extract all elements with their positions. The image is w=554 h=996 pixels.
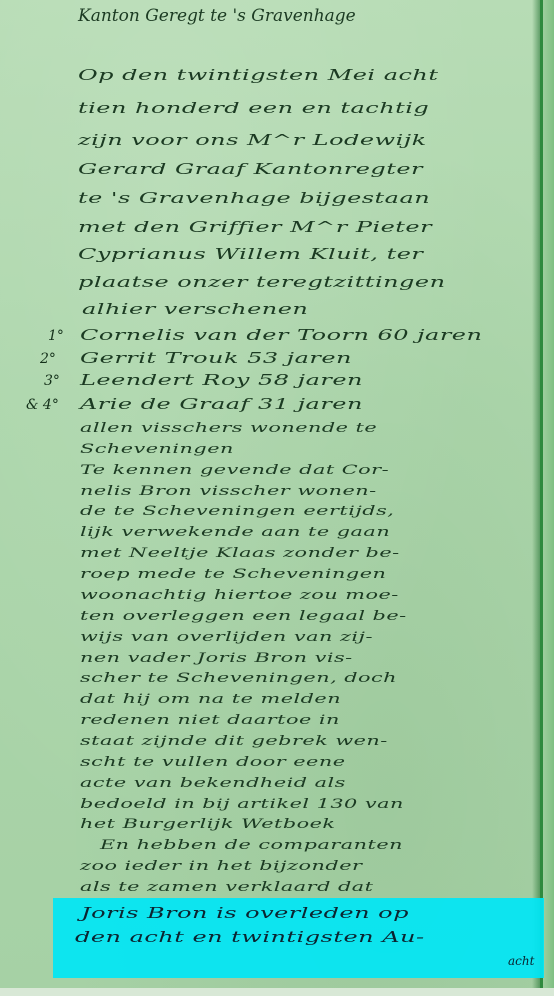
text-line: tien honderd een en tachtig: [78, 99, 429, 117]
text-line: lijk verwekende aan te gaan: [80, 525, 390, 540]
witness-line: Gerrit Trouk 53 jaren: [80, 349, 352, 367]
text-line: En hebben de comparanten: [100, 838, 403, 853]
text-line: het Burgerlijk Wetboek: [80, 817, 336, 832]
text-line: Gerard Graaf Kantonregter: [78, 160, 423, 178]
document-heading: Kanton Geregt te 's Gravenhage: [78, 6, 356, 26]
text-line: staat zijnde dit gebrek wen-: [80, 734, 388, 749]
text-line: scher te Scheveningen, doch: [80, 671, 397, 686]
text-line: redenen niet daartoe in: [80, 713, 340, 728]
page-edge: [543, 0, 554, 996]
text-line: Cyprianus Willem Kluit, ter: [78, 245, 423, 263]
highlighted-region: Joris Bron is overleden op den acht en t…: [53, 898, 544, 978]
text-line: scht te vullen door eene: [80, 755, 346, 770]
highlighted-line: Joris Bron is overleden op: [81, 904, 409, 922]
catchword: acht: [508, 954, 534, 968]
witness-line: Leendert Roy 58 jaren: [80, 371, 363, 389]
text-line: zijn voor ons M^r Lodewijk: [78, 131, 427, 149]
text-line: acte van bekendheid als: [80, 776, 346, 791]
text-line: roep mede te Scheveningen: [80, 567, 386, 582]
highlighted-line: den acht en twintigsten Au-: [75, 928, 425, 946]
witness-line: Arie de Graaf 31 jaren: [80, 395, 363, 413]
text-line: als te zamen verklaard dat: [80, 880, 374, 895]
binding-shadow: [532, 0, 540, 996]
witness-number: 2°: [40, 351, 56, 367]
text-line: met Neeltje Klaas zonder be-: [80, 546, 400, 561]
text-line: ten overleggen een legaal be-: [80, 609, 407, 624]
text-line: de te Scheveningen eertijds,: [80, 504, 394, 519]
text-line: alhier verschenen: [82, 300, 308, 318]
text-line: te 's Gravenhage bijgestaan: [78, 189, 430, 207]
text-line: plaatse onzer teregtzittingen: [78, 273, 446, 291]
page-bottom-edge: [0, 988, 554, 996]
witness-number: & 4°: [26, 397, 59, 413]
witness-number: 3°: [44, 373, 60, 389]
text-line: zoo ieder in het bijzonder: [80, 859, 362, 874]
text-line: dat hij om na te melden: [80, 692, 341, 707]
text-line: Te kennen gevende dat Cor-: [80, 463, 389, 478]
text-line: wijs van overlijden van zij-: [80, 630, 373, 645]
text-line: woonachtig hiertoe zou moe-: [80, 588, 399, 603]
text-line: nelis Bron visscher wonen-: [80, 484, 377, 499]
text-line: Op den twintigsten Mei acht: [78, 66, 438, 84]
text-line: bedoeld in bij artikel 130 van: [80, 797, 404, 812]
text-line: met den Griffier M^r Pieter: [78, 218, 432, 236]
text-line: Scheveningen: [80, 442, 234, 457]
witness-line: Cornelis van der Toorn 60 jaren: [80, 326, 482, 344]
witness-number: 1°: [48, 328, 64, 344]
text-line: allen visschers wonende te: [80, 421, 377, 436]
text-line: nen vader Joris Bron vis-: [80, 651, 353, 666]
scanned-document-page: Kanton Geregt te 's Gravenhage Op den tw…: [0, 0, 554, 996]
